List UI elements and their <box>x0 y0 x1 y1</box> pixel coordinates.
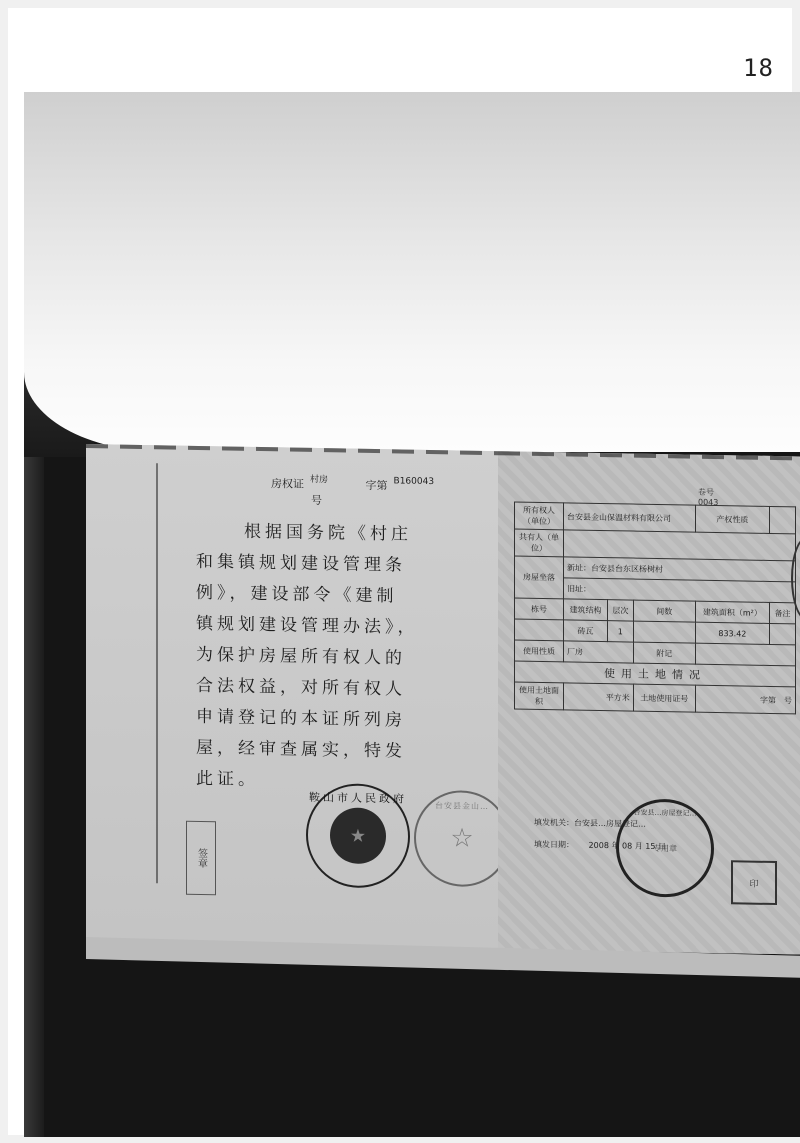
owner-label: 所有权人（单位） <box>515 502 564 530</box>
column-header: 栋号 <box>515 598 564 620</box>
company-seal: 台安县金山… ☆ <box>414 790 510 888</box>
land-cert-suffix: 字第 号 <box>695 685 795 714</box>
certificate-body-text: 根据国务院《村庄 和集镇规划建设管理条 例》，建设部令《建制 镇规划建设管理办法… <box>196 516 446 799</box>
registration-table: 所有权人（单位） 台安县金山保温材料有限公司 产权性质 共有人（单位） 房屋坐落… <box>514 501 796 714</box>
table-row: 房屋坐落 新址：台安县台东区杨树村 <box>515 556 796 582</box>
property-nature-value <box>770 506 796 533</box>
column-header: 层次 <box>607 600 633 621</box>
page-number: 18 <box>743 54 774 82</box>
remarks <box>770 623 796 644</box>
cert-prefix: 房权证 <box>271 477 304 491</box>
body-line: 为保护房屋所有权人的 <box>196 640 446 675</box>
registration-seal: 台安县…房屋登记… 专用章 <box>616 798 714 898</box>
notes-value <box>695 643 795 666</box>
perforation-line <box>498 451 800 460</box>
company-seal-text: 台安县金山… <box>416 800 508 813</box>
rooms <box>633 621 695 643</box>
land-area-unit: 平方米 <box>564 683 634 711</box>
notes-label: 附记 <box>633 642 695 664</box>
property-certificate: 房权证村房 字第B160043 号 根据国务院《村庄 和集镇规划建设管理条 例》… <box>86 444 800 954</box>
owner-value: 台安县金山保温材料有限公司 <box>564 503 696 532</box>
building-no <box>515 619 564 641</box>
government-seal-text: 鞍山市人民政府 <box>308 789 408 807</box>
body-line: 申请登记的本证所列房 <box>196 702 446 737</box>
cert-hao-label: 号 <box>311 494 322 507</box>
column-header: 建筑结构 <box>564 599 608 621</box>
scanned-page: 18 房权证村房 字第B160043 号 根据国务院《村庄 和集镇规划建设管理条… <box>8 8 792 1135</box>
table-row: 使用土地面积 平方米 土地使用证号 字第 号 <box>515 682 796 714</box>
location-label: 房屋坐落 <box>515 556 564 599</box>
column-header: 建筑面积（m²） <box>695 601 769 623</box>
usage-value: 厂房 <box>564 641 634 663</box>
issue-year: 2008 <box>589 841 609 850</box>
body-line: 镇规划建设管理办法》， <box>196 609 446 644</box>
star-icon: ☆ <box>450 823 473 853</box>
cert-zi-label: 字第 <box>366 479 388 492</box>
area: 833.42 <box>695 622 769 644</box>
authority-label: 填发机关： <box>534 818 574 828</box>
signature-stamp: 签章 <box>186 821 216 896</box>
usage-label: 使用性质 <box>515 640 564 662</box>
government-seal: 鞍山市人民政府 ★ <box>306 783 410 889</box>
certificate-number: 房权证村房 字第B160043 号 <box>271 475 498 511</box>
body-line: 屋，经审查属实，特发 <box>196 733 446 768</box>
registration-seal-inner: 专用章 <box>653 842 677 853</box>
body-line: 和集镇规划建设管理条 <box>196 547 446 582</box>
body-line: 例》，建设部令《建制 <box>196 578 446 613</box>
folded-blank-sheet <box>24 92 800 452</box>
small-stamp: 印 <box>731 860 777 905</box>
property-nature-label: 产权性质 <box>695 505 769 533</box>
date-label: 填发日期： <box>534 840 574 850</box>
national-emblem-icon: ★ <box>330 807 386 864</box>
registration-seal-text: 台安县…房屋登记… <box>619 807 711 819</box>
certificate-photo: 房权证村房 字第B160043 号 根据国务院《村庄 和集镇规划建设管理条 例》… <box>24 92 800 1137</box>
co-owner-value <box>564 530 796 561</box>
cert-type: 村房 <box>310 475 328 485</box>
volume-label: 卷号 <box>698 488 714 497</box>
new-address-value: 台安县台东区杨树村 <box>591 563 663 573</box>
certificate-left-page: 房权证村房 字第B160043 号 根据国务院《村庄 和集镇规划建设管理条 例》… <box>86 444 498 949</box>
body-line: 合法权益，对所有权人 <box>196 671 446 706</box>
new-address-label: 新址： <box>567 563 591 572</box>
land-cert-label: 土地使用证号 <box>633 684 695 712</box>
body-line: 根据国务院《村庄 <box>196 516 446 551</box>
co-owner-label: 共有人（单位） <box>515 529 564 557</box>
column-header: 间数 <box>633 600 695 622</box>
column-header: 备注 <box>770 602 796 623</box>
structure: 砖瓦 <box>564 620 608 642</box>
margin-line <box>156 463 158 883</box>
land-area-label: 使用土地面积 <box>515 682 564 710</box>
cert-number-value: B160043 <box>394 476 435 487</box>
floors: 1 <box>607 621 633 642</box>
